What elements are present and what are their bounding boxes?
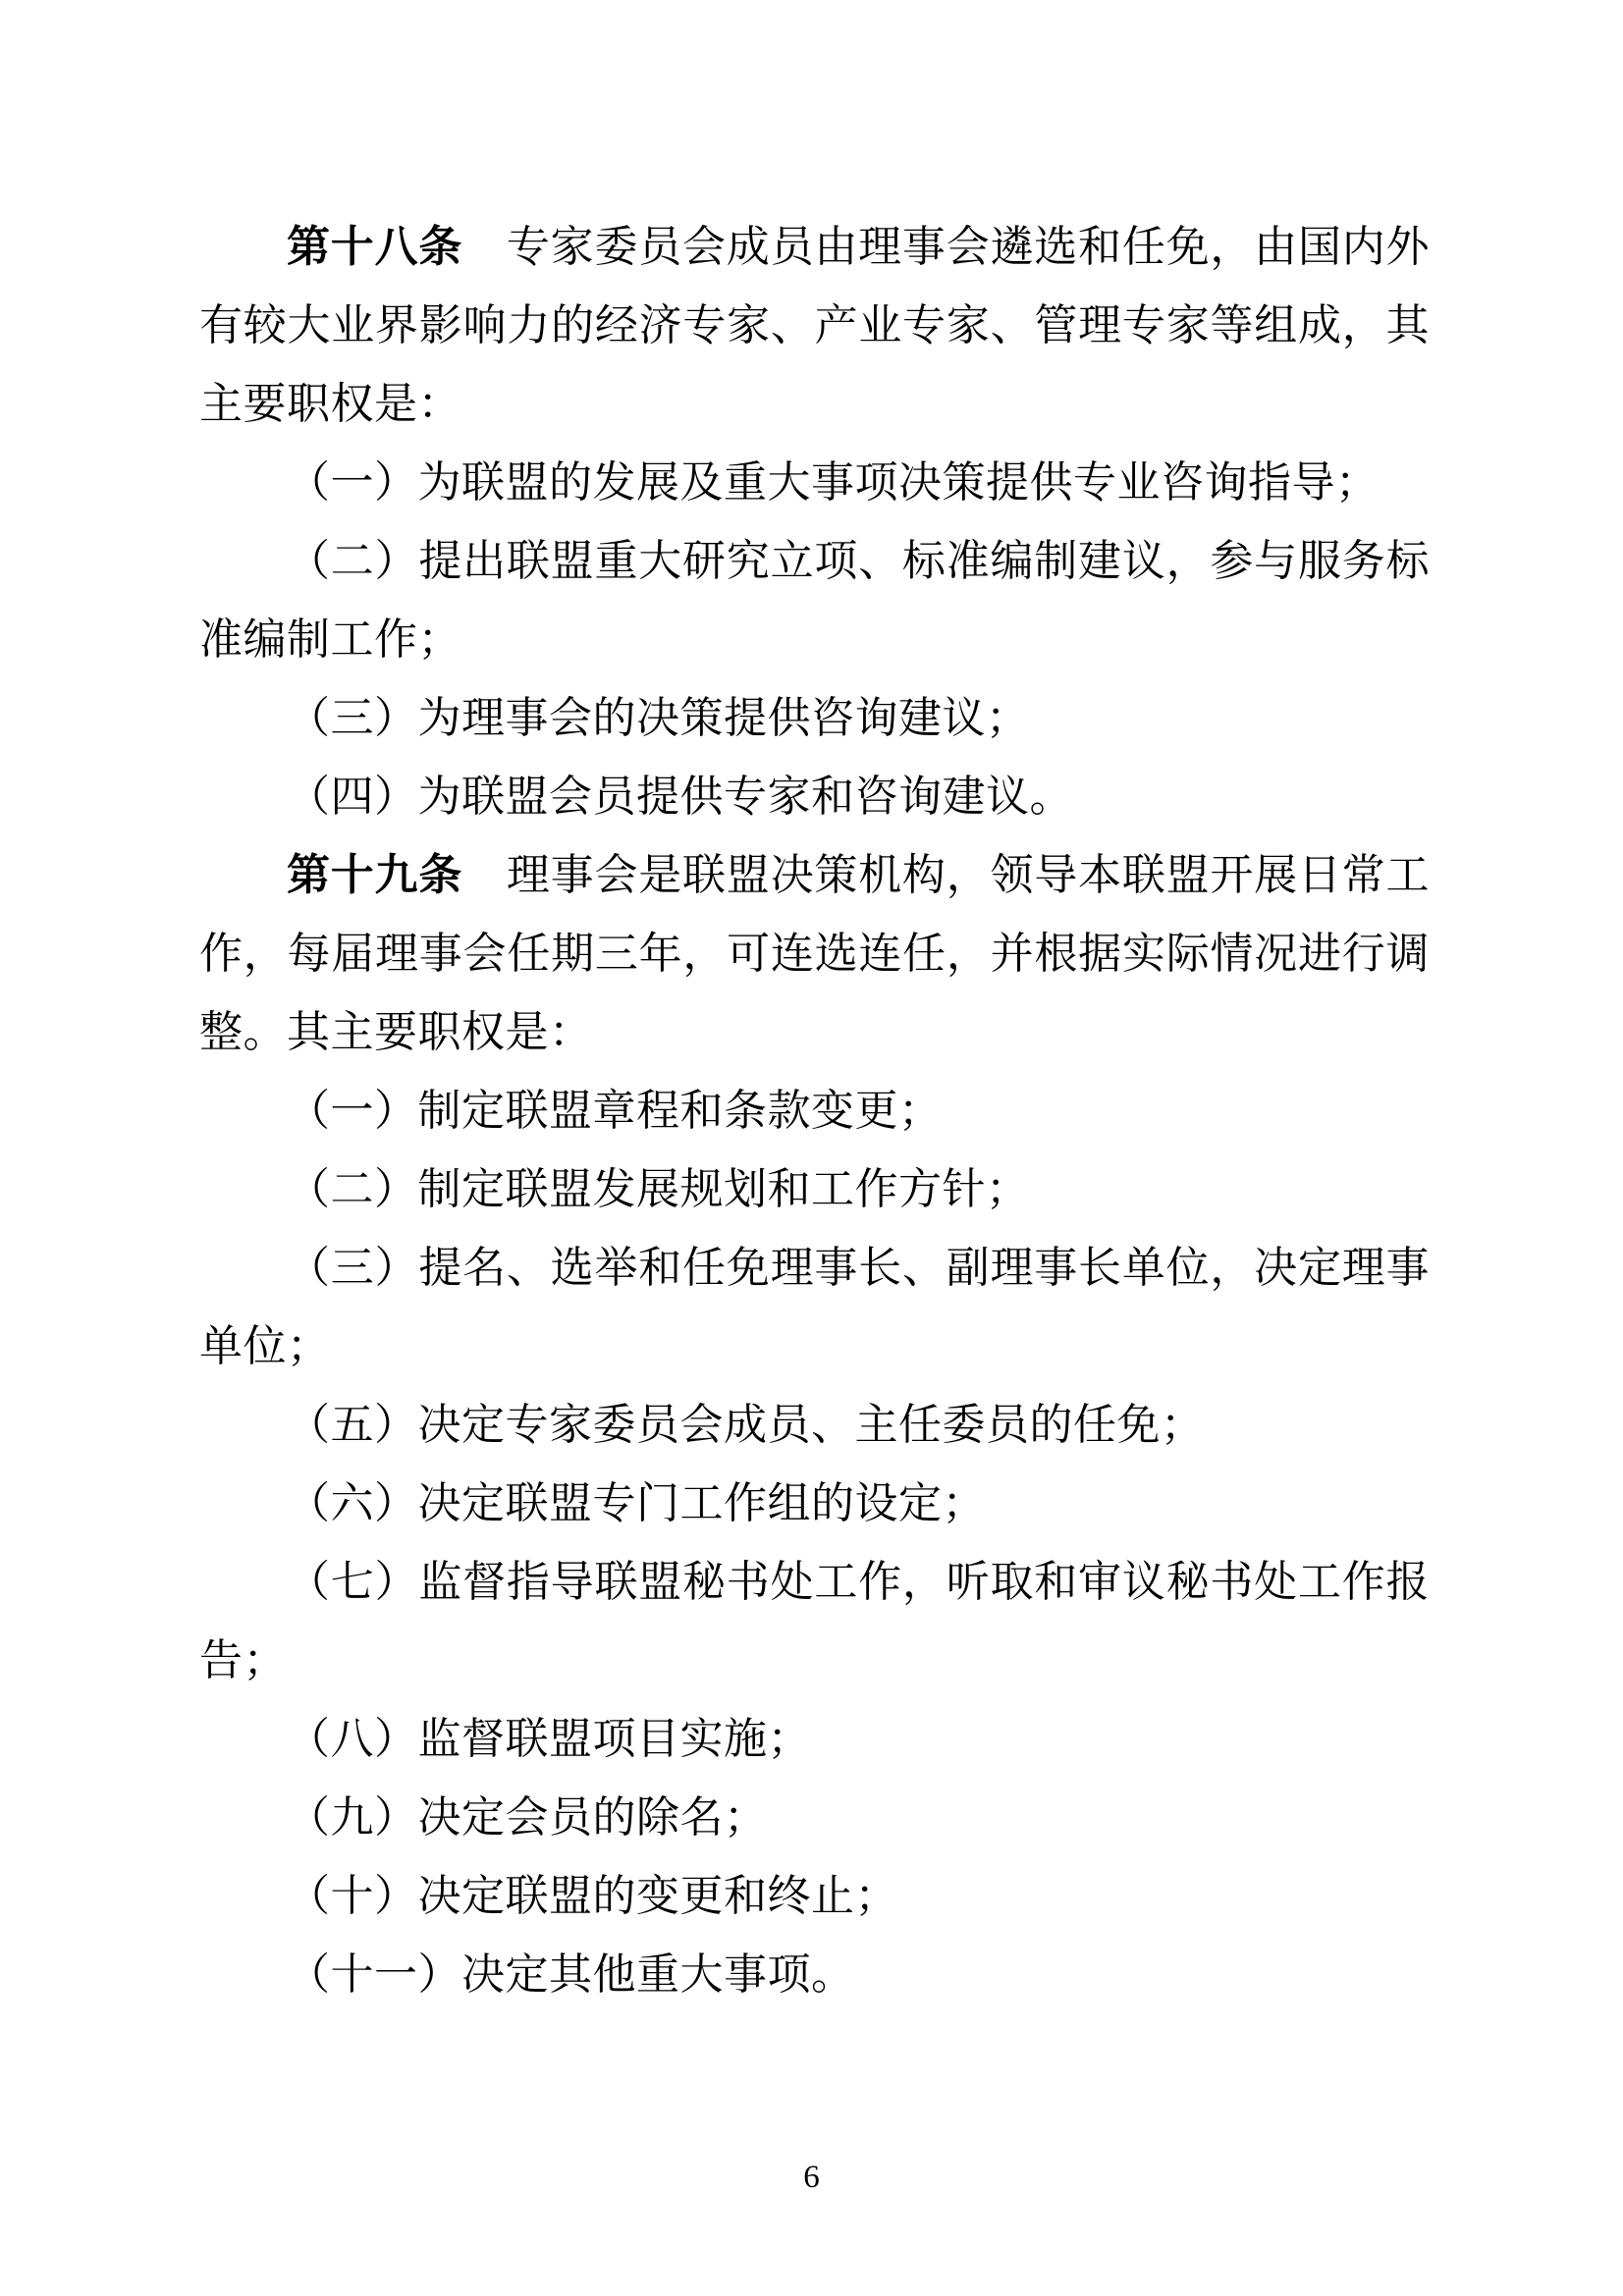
text-segment: 有较大业界影响力的经济专家、产业专家、管理专家等组成，其 — [199, 301, 1430, 349]
text-segment: （四）为联盟会员提供专家和咨询建议。 — [287, 773, 1073, 821]
document-line: （八）监督联盟项目实施； — [199, 1700, 1430, 1779]
document-line: （五）决定专家委员会成员、主任委员的任免； — [199, 1386, 1430, 1465]
text-segment: 主要职权是： — [199, 380, 461, 428]
text-segment: 作，每届理事会任期三年，可连选连任，并根据实际情况进行调 — [199, 930, 1430, 978]
document-line: 第十九条 理事会是联盟决策机构，领导本联盟开展日常工 — [199, 836, 1430, 915]
document-line: （四）为联盟会员提供专家和咨询建议。 — [199, 758, 1430, 836]
text-segment: （七）监督指导联盟秘书处工作，听取和审议秘书处工作报 — [287, 1558, 1430, 1606]
document-line: 第十八条 专家委员会成员由理事会遴选和任免，由国内外 — [199, 208, 1430, 287]
document-line: （三）提名、选举和任免理事长、副理事长单位，决定理事 — [199, 1229, 1430, 1308]
text-segment: （十）决定联盟的变更和终止； — [287, 1872, 898, 1920]
text-segment: 准编制工作； — [199, 615, 461, 664]
document-line: （十）决定联盟的变更和终止； — [199, 1857, 1430, 1936]
text-segment: 理事会是联盟决策机构，领导本联盟开展日常工 — [462, 851, 1430, 899]
document-line: 准编制工作； — [199, 601, 1430, 679]
document-line: （二）制定联盟发展规划和工作方针； — [199, 1150, 1430, 1229]
document-line: （二）提出联盟重大研究立项、标准编制建议，参与服务标 — [199, 522, 1430, 601]
article-heading: 第十八条 — [287, 223, 462, 271]
text-segment: 整。其主要职权是： — [199, 1008, 593, 1056]
text-segment: （八）监督联盟项目实施； — [287, 1715, 811, 1763]
document-line: （七）监督指导联盟秘书处工作，听取和审议秘书处工作报 — [199, 1543, 1430, 1622]
document-line: （十一）决定其他重大事项。 — [199, 1936, 1430, 2014]
document-line: （六）决定联盟专门工作组的设定； — [199, 1465, 1430, 1543]
document-line: 主要职权是： — [199, 365, 1430, 444]
document-line: （三）为理事会的决策提供咨询建议； — [199, 679, 1430, 758]
text-segment: （一）为联盟的发展及重大事项决策提供专业咨询指导； — [287, 458, 1380, 507]
document-page: 第十八条 专家委员会成员由理事会遴选和任免，由国内外有较大业界影响力的经济专家、… — [0, 0, 1623, 2296]
document-line: （九）决定会员的除名； — [199, 1779, 1430, 1857]
text-segment: 专家委员会成员由理事会遴选和任免，由国内外 — [462, 223, 1430, 271]
document-line: 有较大业界影响力的经济专家、产业专家、管理专家等组成，其 — [199, 287, 1430, 365]
document-line: （一）为联盟的发展及重大事项决策提供专业咨询指导； — [199, 444, 1430, 522]
text-segment: （三）提名、选举和任免理事长、副理事长单位，决定理事 — [287, 1244, 1430, 1292]
document-line: 作，每届理事会任期三年，可连选连任，并根据实际情况进行调 — [199, 915, 1430, 993]
text-segment: （九）决定会员的除名； — [287, 1793, 768, 1842]
text-segment: 单位； — [199, 1322, 331, 1370]
text-block: 第十八条 专家委员会成员由理事会遴选和任免，由国内外有较大业界影响力的经济专家、… — [199, 208, 1430, 2014]
text-segment: （二）制定联盟发展规划和工作方针； — [287, 1165, 1030, 1213]
text-segment: （三）为理事会的决策提供咨询建议； — [287, 694, 1030, 742]
text-segment: 告； — [199, 1636, 287, 1684]
text-segment: （六）决定联盟专门工作组的设定； — [287, 1479, 986, 1527]
document-line: 告； — [199, 1622, 1430, 1700]
text-segment: （五）决定专家委员会成员、主任委员的任免； — [287, 1401, 1205, 1449]
document-line: 单位； — [199, 1308, 1430, 1386]
page-number: 6 — [0, 2158, 1623, 2197]
text-segment: （二）提出联盟重大研究立项、标准编制建议，参与服务标 — [287, 537, 1430, 585]
document-line: （一）制定联盟章程和条款变更； — [199, 1072, 1430, 1150]
article-heading: 第十九条 — [287, 851, 462, 899]
text-segment: （一）制定联盟章程和条款变更； — [287, 1087, 943, 1135]
text-segment: （十一）决定其他重大事项。 — [287, 1950, 855, 1999]
document-line: 整。其主要职权是： — [199, 993, 1430, 1072]
